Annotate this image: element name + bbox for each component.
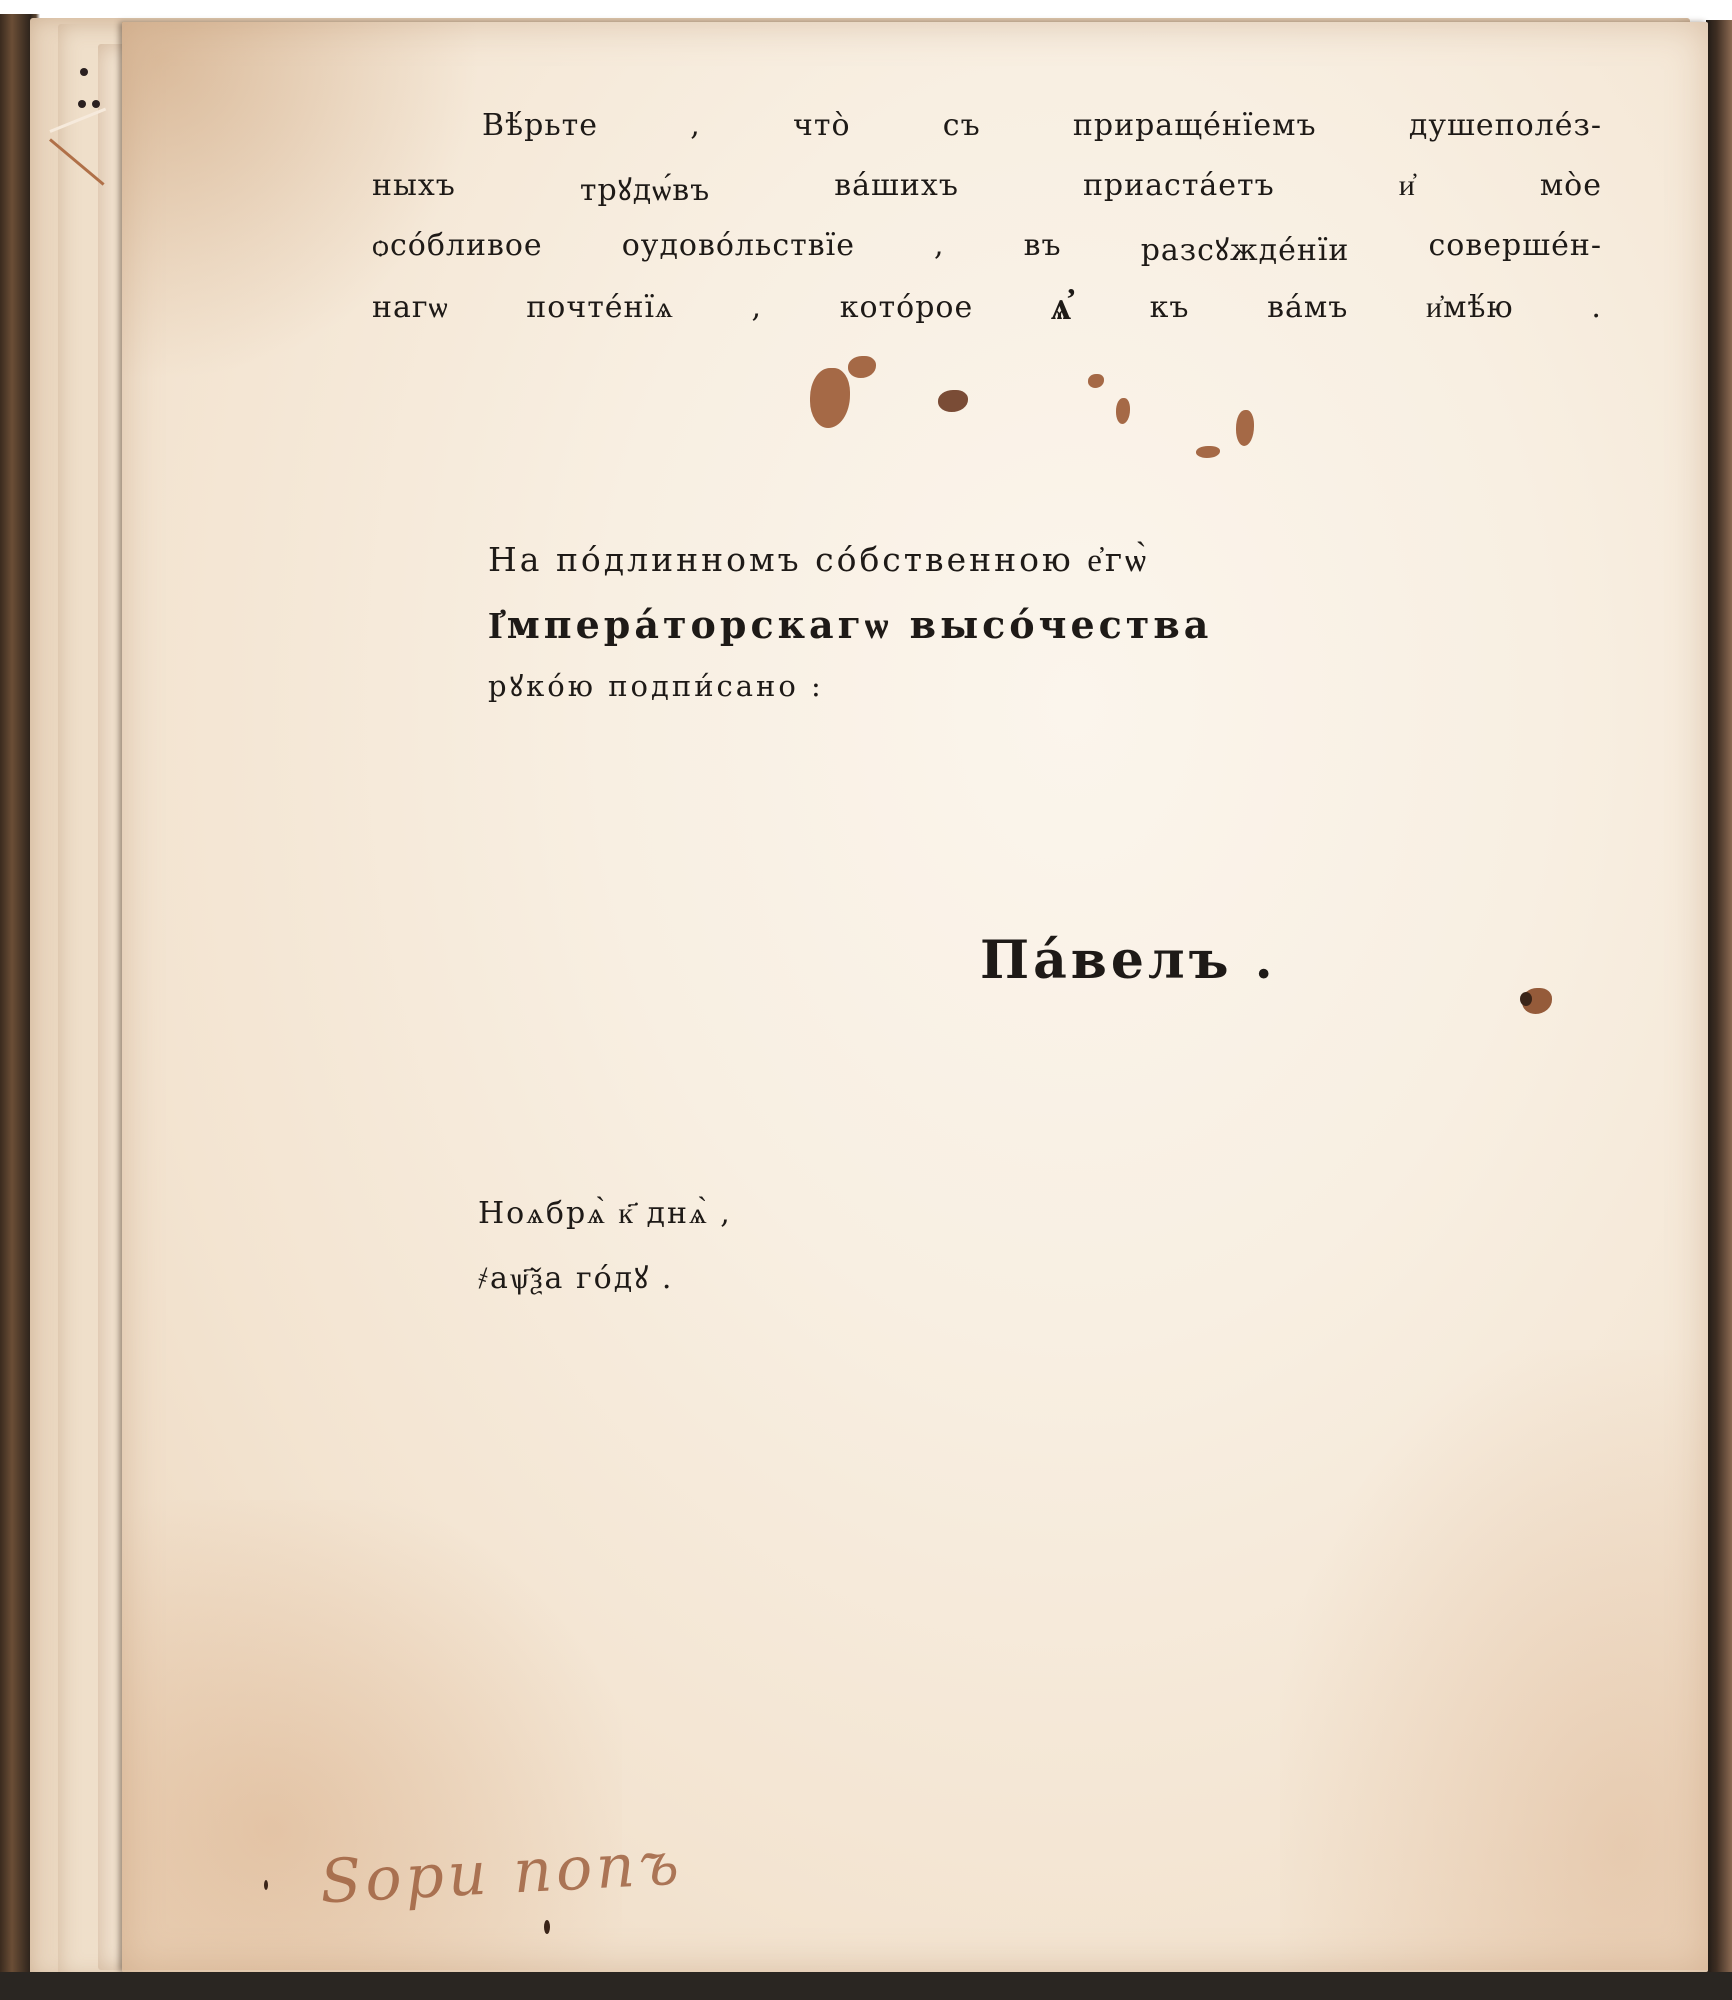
paragraph-line-4: нагѡ почте́нїѧ , кото́рое ѧ҆ къ ва́мъ и҆… <box>372 290 1602 329</box>
word: къ <box>1150 290 1190 329</box>
word: , <box>934 228 945 269</box>
word: кото́рое <box>840 290 974 329</box>
word: . <box>1591 290 1602 329</box>
word: ва́шихъ <box>834 168 959 209</box>
word: съ <box>943 108 981 143</box>
ink-spot <box>544 1920 550 1934</box>
word: и҆ <box>1399 168 1416 209</box>
ink-spot <box>264 1880 268 1890</box>
binding-hole <box>92 100 100 108</box>
word: мо̀е <box>1540 168 1602 209</box>
word: приаста́етъ <box>1083 168 1275 209</box>
word: разсꙋжде́нїи <box>1141 228 1350 269</box>
date-line-2: ҂аѱ҃ѯа го́дꙋ . <box>478 1256 673 1297</box>
word: прираще́нїемъ <box>1073 108 1317 143</box>
attestation-line-2: І҆мпера́торскагѡ высо́чества <box>488 602 1212 648</box>
word: , <box>752 290 763 329</box>
word: ва́мъ <box>1267 290 1348 329</box>
binding-hole <box>78 100 86 108</box>
word: трꙋдѡ́въ <box>580 168 710 209</box>
paragraph-line-2: ныхъ трꙋдѡ́въ ва́шихъ приаста́етъ и҆ мо̀… <box>372 168 1602 209</box>
scan-bottom-edge <box>0 1972 1732 2000</box>
word: Вѣ́рьте <box>482 108 598 143</box>
paragraph-line-3: ѻсо́бливое оудово́льствїе , въ разсꙋжде́… <box>372 228 1602 269</box>
date-line-1: Ноѧбрѧ̀ к҃ днѧ̀ , <box>478 1196 732 1231</box>
word: ѧ҆ <box>1051 282 1072 329</box>
word: оудово́льствїе <box>622 228 855 269</box>
paragraph-line-1: Вѣ́рьте , что̀ съ прираще́нїемъ душеполе… <box>372 108 1602 143</box>
binding-hole <box>80 68 88 76</box>
signature: Па́велъ . <box>980 930 1277 991</box>
word: душеполе́з- <box>1409 108 1602 143</box>
word: и҆мѣ́ю <box>1426 290 1514 329</box>
word: въ <box>1024 228 1062 269</box>
word: что̀ <box>793 108 851 143</box>
word: , <box>690 108 701 143</box>
book-right-edge <box>1706 20 1732 2000</box>
word: соверше́н- <box>1428 228 1602 269</box>
word: нагѡ <box>372 290 449 329</box>
word: ныхъ <box>372 168 456 209</box>
word: почте́нїѧ <box>526 290 674 329</box>
word: ѻсо́бливое <box>372 228 543 269</box>
ink-spot <box>1520 992 1532 1006</box>
attestation-line-3: рꙋко́ю подпи́сано : <box>488 666 824 705</box>
attestation-line-1: На по́длинномъ со́бственною е҆гѡ̀ <box>488 540 1149 580</box>
